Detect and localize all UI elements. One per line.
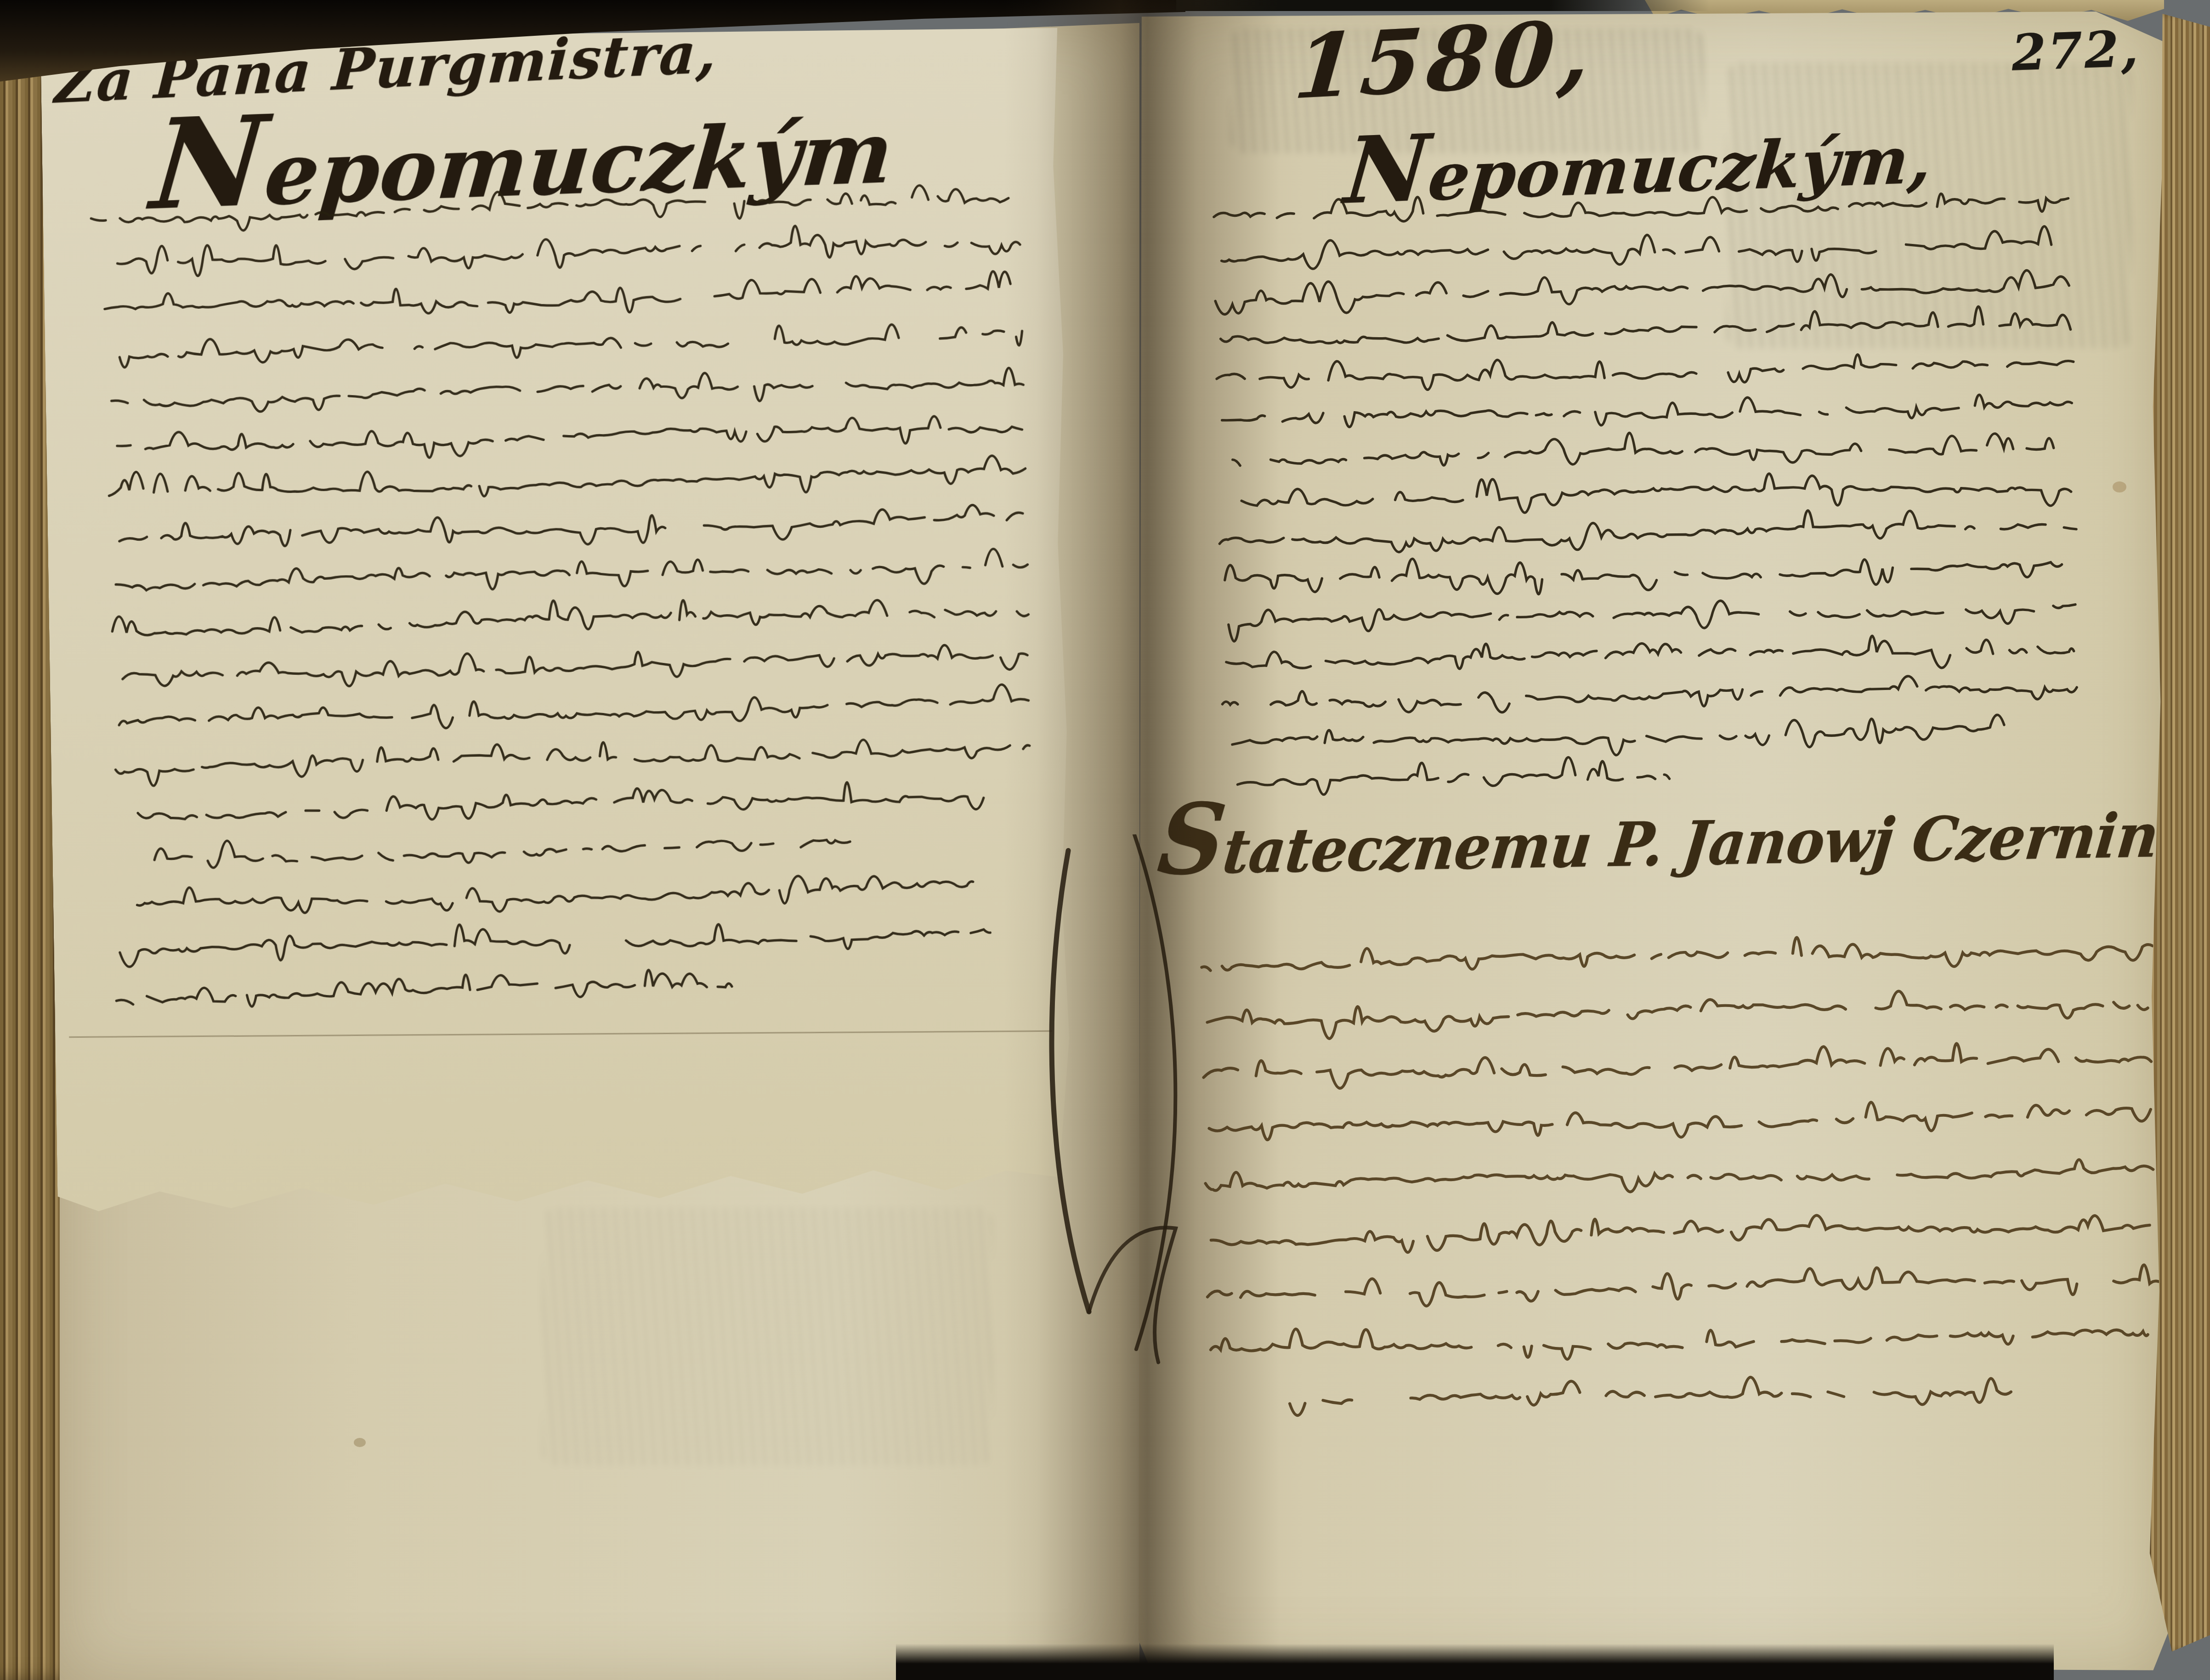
handwriting-line (122, 760, 987, 849)
binding-top-edge-thin (1176, 0, 1709, 11)
handwriting-line (1204, 969, 2151, 1055)
handwriting-line (112, 713, 1032, 804)
handwriting-line (113, 950, 734, 1034)
handwriting-line (116, 300, 1025, 390)
handwriting-line (101, 254, 1021, 345)
handwriting-line (116, 484, 1029, 574)
handwriting-line (114, 208, 1023, 298)
handwriting-line (1202, 1135, 2159, 1220)
handwriting-line (1204, 1245, 2161, 1330)
handwriting-line (113, 392, 1025, 482)
handwriting-line (108, 346, 1026, 436)
book-bottom-edge (896, 1644, 2054, 1680)
handwriting-line (87, 162, 1021, 253)
inserted-letter: Za Pana Purgmistra, Nepomuczkým (40, 24, 1078, 1218)
handwriting-line (1286, 1355, 2013, 1437)
handwriting-line (1198, 914, 2155, 1000)
handwriting-line (151, 809, 855, 895)
handwriting-line (1208, 1190, 2153, 1275)
right-body-handwriting-2 (1139, 0, 2208, 1673)
ink-bleedthrough (542, 1208, 992, 1465)
handwriting-line (1207, 1300, 2150, 1386)
handwriting-line (116, 898, 993, 988)
handwriting-line (1206, 1080, 2153, 1165)
handwriting-line (106, 438, 1028, 528)
right-page: 1580, Nepomuczkým, Statecznemu P. Janowj… (1139, 8, 2179, 1674)
manuscript-photo: Za Pana Purgmistra, Nepomuczkým 1580, Ne… (0, 0, 2210, 1680)
paper-stain (354, 1438, 366, 1447)
handwriting-line (134, 853, 976, 941)
signature-flourish (1024, 830, 1292, 1394)
handwriting-line (115, 667, 1031, 758)
left-body-handwriting (40, 16, 1088, 1218)
handwriting-line (109, 576, 1031, 666)
handwriting-line (112, 530, 1030, 620)
handwriting-line (119, 622, 1030, 712)
handwriting-line (1200, 1024, 2157, 1110)
